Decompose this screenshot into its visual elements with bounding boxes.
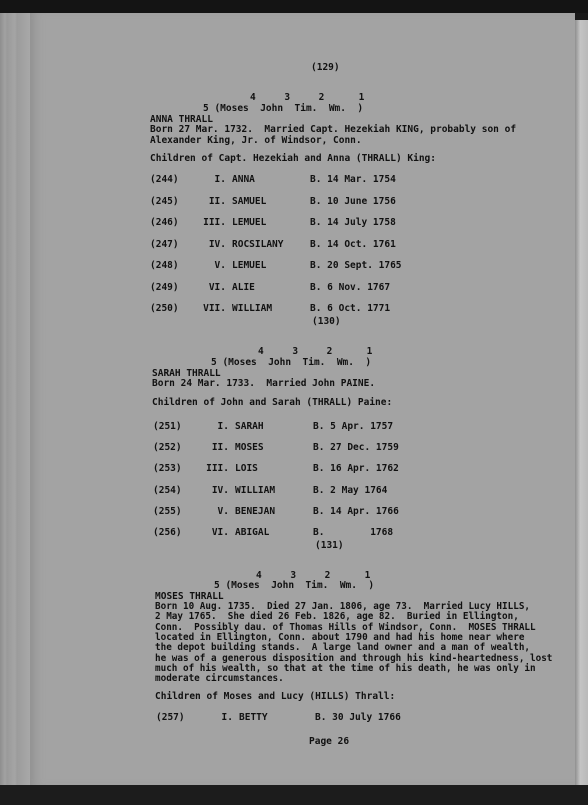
child-numeral: VI. xyxy=(209,282,226,294)
child-numeral: II. xyxy=(209,196,226,208)
biography-line: Born 24 Mar. 1733. Married John PAINE. xyxy=(152,378,375,390)
child-birth: B. 5 Apr. 1757 xyxy=(313,421,393,433)
child-id: (250) xyxy=(150,303,179,315)
child-id: (257) xyxy=(156,712,185,724)
child-id: (254) xyxy=(153,485,182,497)
child-birth: B. 6 Nov. 1767 xyxy=(310,282,390,294)
child-id: (253) xyxy=(153,463,182,475)
child-id: (251) xyxy=(153,421,182,433)
child-birth: B. 10 June 1756 xyxy=(310,196,396,208)
page-content: (129) 4 3 2 1 5 (Moses John Tim. Wm. ) A… xyxy=(0,0,588,805)
lineage: 5 (Moses John Tim. Wm. ) xyxy=(203,103,363,115)
child-name: ALIE xyxy=(232,282,255,294)
child-name: MOSES xyxy=(235,442,264,454)
child-id: (248) xyxy=(150,260,179,272)
child-numeral: I. xyxy=(215,174,226,186)
lineage: 5 (Moses John Tim. Wm. ) xyxy=(211,357,371,369)
page-footer: Page 26 xyxy=(309,736,349,748)
biography-line: Alexander King, Jr. of Windsor, Conn. xyxy=(150,135,362,147)
child-id: (247) xyxy=(150,239,179,251)
child-birth: B. 14 Apr. 1766 xyxy=(313,506,399,518)
child-birth: B. 30 July 1766 xyxy=(315,712,401,724)
child-numeral: V. xyxy=(218,506,229,518)
child-id: (256) xyxy=(153,527,182,539)
section-number: (131) xyxy=(315,540,344,552)
child-name: BENEJAN xyxy=(235,506,275,518)
child-id: (245) xyxy=(150,196,179,208)
child-numeral: IV. xyxy=(209,239,226,251)
child-id: (244) xyxy=(150,174,179,186)
child-id: (249) xyxy=(150,282,179,294)
child-numeral: III. xyxy=(206,463,229,475)
child-birth: B. 27 Dec. 1759 xyxy=(313,442,399,454)
child-numeral: I. xyxy=(222,712,233,724)
child-birth: B. 14 Mar. 1754 xyxy=(310,174,396,186)
child-numeral: VI. xyxy=(212,527,229,539)
child-birth: B. 2 May 1764 xyxy=(313,485,387,497)
child-name: WILLIAM xyxy=(232,303,272,315)
child-name: LEMUEL xyxy=(232,260,266,272)
child-name: BETTY xyxy=(239,712,268,724)
child-name: SARAH xyxy=(235,421,264,433)
children-heading: Children of Capt. Hezekiah and Anna (THR… xyxy=(150,153,436,165)
child-birth: B. 14 July 1758 xyxy=(310,217,396,229)
child-birth: B. 14 Oct. 1761 xyxy=(310,239,396,251)
child-name: ROCSILANY xyxy=(232,239,283,251)
child-birth: B. 1768 xyxy=(313,527,393,539)
child-numeral: III. xyxy=(203,217,226,229)
children-heading: Children of John and Sarah (THRALL) Pain… xyxy=(152,397,392,409)
child-birth: B. 6 Oct. 1771 xyxy=(310,303,390,315)
child-birth: B. 20 Sept. 1765 xyxy=(310,260,402,272)
child-birth: B. 16 Apr. 1762 xyxy=(313,463,399,475)
child-numeral: I. xyxy=(218,421,229,433)
child-id: (246) xyxy=(150,217,179,229)
child-id: (252) xyxy=(153,442,182,454)
child-numeral: VII. xyxy=(203,303,226,315)
child-numeral: V. xyxy=(215,260,226,272)
child-numeral: II. xyxy=(212,442,229,454)
lineage: 5 (Moses John Tim. Wm. ) xyxy=(214,580,374,592)
child-name: LOIS xyxy=(235,463,258,475)
child-name: WILLIAM xyxy=(235,485,275,497)
child-name: ANNA xyxy=(232,174,255,186)
child-numeral: IV. xyxy=(212,485,229,497)
section-number: (129) xyxy=(311,62,340,74)
section-number: (130) xyxy=(312,316,341,328)
children-heading: Children of Moses and Lucy (HILLS) Thral… xyxy=(155,691,395,703)
child-id: (255) xyxy=(153,506,182,518)
child-name: LEMUEL xyxy=(232,217,266,229)
biography-line: moderate circumstances. xyxy=(155,673,284,685)
child-name: SAMUEL xyxy=(232,196,266,208)
child-name: ABIGAL xyxy=(235,527,269,539)
